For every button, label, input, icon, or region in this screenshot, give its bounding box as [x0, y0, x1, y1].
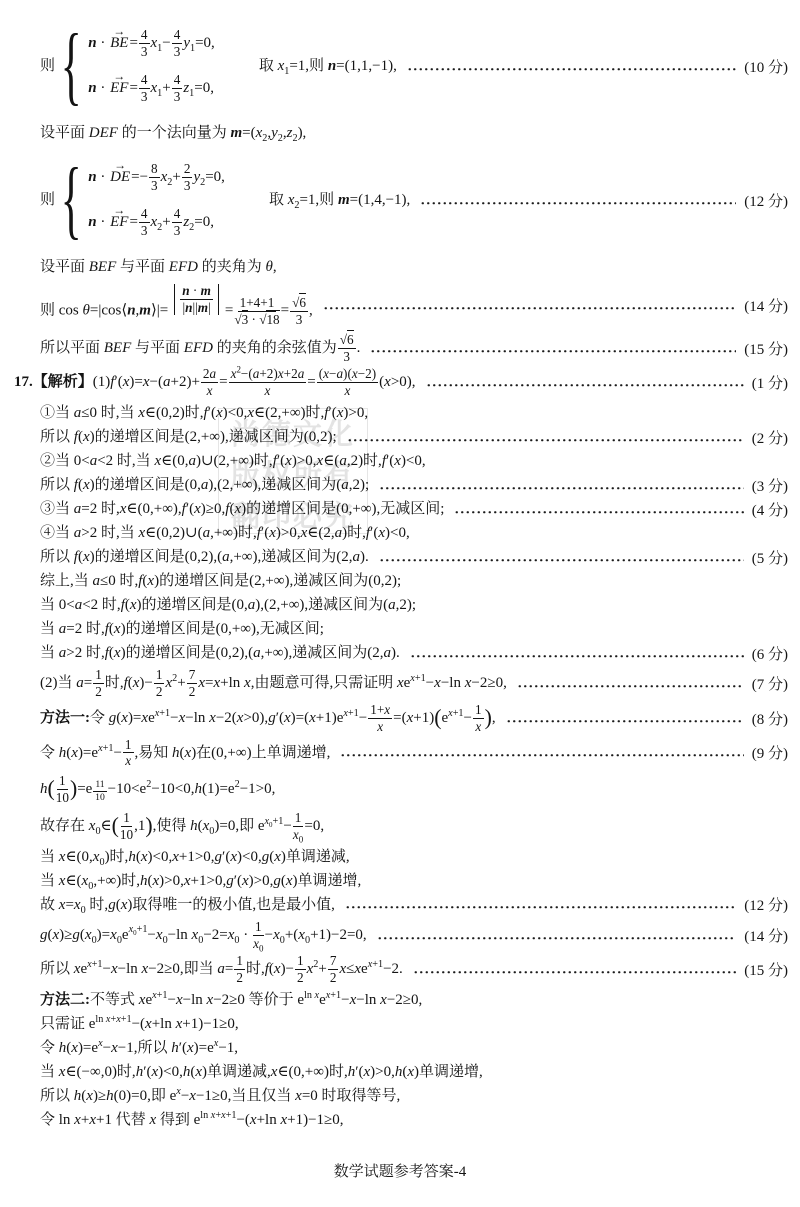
line-content: ④当 a>2 时,当 x∈(0,2)∪(a,+∞)时,f′(x)>0,x∈(2,… [40, 523, 410, 543]
score-label: (3 分) [752, 475, 788, 496]
score-label: (14 分) [744, 295, 788, 316]
dotted-leader [420, 201, 736, 206]
answer-line: 当 x∈(0,x0)时,h(x)<0,x+1>0,g′(x)<0,g(x)单调递… [14, 846, 788, 868]
answer-line: 方法二:不等式 xex+1−x−ln x−2≥0 等价于 eln xex+1−x… [14, 989, 788, 1011]
line-content: ③当 a=2 时,x∈(0,+∞),f′(x)≥0,f(x)的递增区间是(0,+… [40, 499, 444, 519]
dotted-leader [379, 486, 744, 491]
dotted-leader [410, 654, 744, 659]
line-content: h(110)=e1110−10<e2−10<0,h(1)=e2−1>0, [40, 774, 275, 805]
answer-line: 所以 f(x)的递增区间是(0,a),(2,+∞),递减区间为(a,2);(3 … [14, 474, 788, 496]
line-content: 所以 f(x)的递增区间是(0,a),(2,+∞),递减区间为(a,2); [40, 475, 369, 495]
line-content: 方法一:令 g(x)=xex+1−x−ln x−2(x>0),g′(x)=(x+… [40, 703, 496, 734]
line-content: 当 a=2 时,f(x)的递增区间是(0,+∞),无减区间; [40, 619, 324, 639]
dotted-leader [407, 67, 736, 72]
dotted-leader [377, 936, 737, 941]
answer-line: 令 ln x+x+1 代替 x 得到 eln x+x+1−(x+ln x+1)−… [14, 1109, 788, 1131]
score-label: (15 分) [744, 338, 788, 359]
line-content: 所以平面 BEF 与平面 EFD 的夹角的余弦值为√63. [40, 333, 360, 364]
line-content: ②当 0<a<2 时,当 x∈(0,a)∪(2,+∞)时,f′(x)>0,x∈(… [40, 451, 426, 471]
line-content: ①当 a≤0 时,当 x∈(0,2)时,f′(x)<0,x∈(2,+∞)时,f′… [40, 403, 368, 423]
dotted-leader [340, 753, 743, 758]
line-content: 所以 f(x)的递增区间是(0,2),(a,+∞),递减区间为(2,a). [40, 547, 369, 567]
answer-line: ③当 a=2 时,x∈(0,+∞),f′(x)≥0,f(x)的递增区间是(0,+… [14, 498, 788, 520]
line-content: 则 cos θ=|cos⟨n,m⟩|=n · m|n||m|=1+4+1√3 ·… [40, 284, 313, 327]
line-content: (2)当 a=12时,f(x)−12x2+72x=x+ln x,由题意可得,只需… [40, 668, 507, 699]
dotted-leader [323, 306, 737, 311]
answer-line: 所以 f(x)的递增区间是(2,+∞),递减区间为(0,2);(2 分) [14, 426, 788, 448]
score-label: (6 分) [752, 643, 788, 664]
answer-line: 令 h(x)=ex+1−1x,易知 h(x)在(0,+∞)上单调递增,(9 分) [14, 738, 788, 769]
line-content: 方法二:不等式 xex+1−x−ln x−2≥0 等价于 eln xex+1−x… [40, 990, 422, 1010]
line-content: 所以 xex+1−x−ln x−2≥0,即当 a=12时,f(x)−12x2+7… [40, 954, 403, 985]
line-content: 17.【解析】(1)f′(x)=x−(a+2)+2ax=x2−(a+2)x+2a… [14, 367, 416, 398]
score-label: (10 分) [744, 56, 788, 77]
line-content: 当 x∈(−∞,0)时,h′(x)<0,h(x)单调递减,x∈(0,+∞)时,h… [40, 1062, 483, 1082]
line-content: 所以 h(x)≥h(0)=0,即 ex−x−1≥0,当且仅当 x=0 时取得等号… [40, 1086, 400, 1106]
answer-line: 当 a=2 时,f(x)的递增区间是(0,+∞),无减区间; [14, 618, 788, 640]
line-content: 只需证 eln x+x+1−(x+ln x+1)−1≥0, [40, 1014, 239, 1034]
score-label: (14 分) [744, 925, 788, 946]
answer-line: 所以 xex+1−x−ln x−2≥0,即当 a=12时,f(x)−12x2+7… [14, 954, 788, 985]
line-content: 设平面 BEF 与平面 EFD 的夹角为 θ, [40, 257, 277, 277]
score-label: (7 分) [752, 673, 788, 694]
score-label: (12 分) [744, 190, 788, 211]
answer-line: ④当 a>2 时,当 x∈(0,2)∪(a,+∞)时,f′(x)>0,x∈(2,… [14, 522, 788, 544]
answer-line: ②当 0<a<2 时,当 x∈(0,a)∪(2,+∞)时,f′(x)>0,x∈(… [14, 450, 788, 472]
answer-line: ①当 a≤0 时,当 x∈(0,2)时,f′(x)<0,x∈(2,+∞)时,f′… [14, 402, 788, 424]
score-label: (15 分) [744, 959, 788, 980]
answer-line: 设平面 DEF 的一个法向量为 m=(x2,y2,z2), [14, 122, 788, 144]
answer-line: 当 0<a<2 时,f(x)的递增区间是(0,a),(2,+∞),递减区间为(a… [14, 594, 788, 616]
answer-sheet-page: 尚德文化 版权所有 翻印必究 则{n · BE=43x1−43y1=0,n · … [0, 0, 800, 1207]
line-content: 令 h(x)=ex+1−1x,易知 h(x)在(0,+∞)上单调递增, [40, 738, 330, 769]
dotted-leader [517, 684, 744, 689]
line-content: 当 a>2 时,f(x)的递增区间是(0,2),(a,+∞),递减区间为(2,a… [40, 643, 400, 663]
score-label: (9 分) [752, 742, 788, 763]
answer-line: 当 a>2 时,f(x)的递增区间是(0,2),(a,+∞),递减区间为(2,a… [14, 642, 788, 664]
line-content: 则{n · DE=−83x2+23y2=0,n · EF=43x2+43z2=0… [40, 162, 410, 237]
answer-line: 只需证 eln x+x+1−(x+ln x+1)−1≥0, [14, 1013, 788, 1035]
answer-line: 所以 h(x)≥h(0)=0,即 ex−x−1≥0,当且仅当 x=0 时取得等号… [14, 1085, 788, 1107]
answer-line: 综上,当 a≤0 时,f(x)的递增区间是(2,+∞),递减区间为(0,2); [14, 570, 788, 592]
dotted-leader [506, 719, 744, 724]
dotted-leader [345, 905, 736, 910]
answer-line: 方法一:令 g(x)=xex+1−x−ln x−2(x>0),g′(x)=(x+… [14, 703, 788, 734]
answer-line: 设平面 BEF 与平面 EFD 的夹角为 θ, [14, 256, 788, 278]
line-content: 故存在 x0∈(110,1),使得 h(x0)=0,即 ex0+1−1x0=0, [40, 811, 324, 842]
answer-line: 当 x∈(−∞,0)时,h′(x)<0,h(x)单调递减,x∈(0,+∞)时,h… [14, 1061, 788, 1083]
answer-line: 当 x∈(x0,+∞)时,h(x)>0,x+1>0,g′(x)>0,g(x)单调… [14, 870, 788, 892]
line-content: 设平面 DEF 的一个法向量为 m=(x2,y2,z2), [40, 123, 306, 143]
answer-line: 故 x=x0 时,g(x)取得唯一的极小值,也是最小值,(12 分) [14, 894, 788, 916]
dotted-leader [454, 510, 743, 515]
answer-line: g(x)≥g(x0)=x0ex0+1−x0−ln x0−2=x0 · 1x0−x… [14, 920, 788, 951]
answer-line: (2)当 a=12时,f(x)−12x2+72x=x+ln x,由题意可得,只需… [14, 668, 788, 699]
answer-line: 则{n · BE=43x1−43y1=0,n · EF=43x1+43z1=0,… [14, 18, 788, 114]
score-label: (5 分) [752, 547, 788, 568]
answer-line: 则{n · DE=−83x2+23y2=0,n · EF=43x2+43z2=0… [14, 152, 788, 248]
line-content: 令 ln x+x+1 代替 x 得到 eln x+x+1−(x+ln x+1)−… [40, 1110, 344, 1130]
line-content: 所以 f(x)的递增区间是(2,+∞),递减区间为(0,2); [40, 427, 337, 447]
score-label: (1 分) [752, 372, 788, 393]
score-label: (8 分) [752, 708, 788, 729]
answer-lines: 则{n · BE=43x1−43y1=0,n · EF=43x1+43z1=0,… [14, 18, 788, 1131]
answer-line: h(110)=e1110−10<e2−10<0,h(1)=e2−1>0, [14, 774, 788, 805]
answer-line: 则 cos θ=|cos⟨n,m⟩|=n · m|n||m|=1+4+1√3 ·… [14, 284, 788, 327]
line-content: 当 x∈(0,x0)时,h(x)<0,x+1>0,g′(x)<0,g(x)单调递… [40, 847, 350, 867]
line-content: 当 x∈(x0,+∞)时,h(x)>0,x+1>0,g′(x)>0,g(x)单调… [40, 871, 361, 891]
score-label: (4 分) [752, 499, 788, 520]
answer-line: 所以平面 BEF 与平面 EFD 的夹角的余弦值为√63.(15 分) [14, 333, 788, 364]
answer-line: 故存在 x0∈(110,1),使得 h(x0)=0,即 ex0+1−1x0=0, [14, 811, 788, 842]
dotted-leader [413, 970, 736, 975]
answer-line: 所以 f(x)的递增区间是(0,2),(a,+∞),递减区间为(2,a).(5 … [14, 546, 788, 568]
answer-line: 令 h(x)=ex−x−1,所以 h′(x)=ex−1, [14, 1037, 788, 1059]
dotted-leader [426, 383, 744, 388]
line-content: g(x)≥g(x0)=x0ex0+1−x0−ln x0−2=x0 · 1x0−x… [40, 920, 367, 951]
line-content: 故 x=x0 时,g(x)取得唯一的极小值,也是最小值, [40, 895, 335, 915]
line-content: 当 0<a<2 时,f(x)的递增区间是(0,a),(2,+∞),递减区间为(a… [40, 595, 416, 615]
line-content: 综上,当 a≤0 时,f(x)的递增区间是(2,+∞),递减区间为(0,2); [40, 571, 401, 591]
page-footer: 数学试题参考答案-4 [0, 1160, 800, 1181]
dotted-leader [347, 438, 744, 443]
line-content: 令 h(x)=ex−x−1,所以 h′(x)=ex−1, [40, 1038, 238, 1058]
dotted-leader [379, 558, 744, 563]
line-content: 则{n · BE=43x1−43y1=0,n · EF=43x1+43z1=0,… [40, 28, 397, 103]
answer-line: 17.【解析】(1)f′(x)=x−(a+2)+2ax=x2−(a+2)x+2a… [14, 367, 788, 398]
score-label: (2 分) [752, 427, 788, 448]
score-label: (12 分) [744, 894, 788, 915]
dotted-leader [370, 349, 736, 354]
